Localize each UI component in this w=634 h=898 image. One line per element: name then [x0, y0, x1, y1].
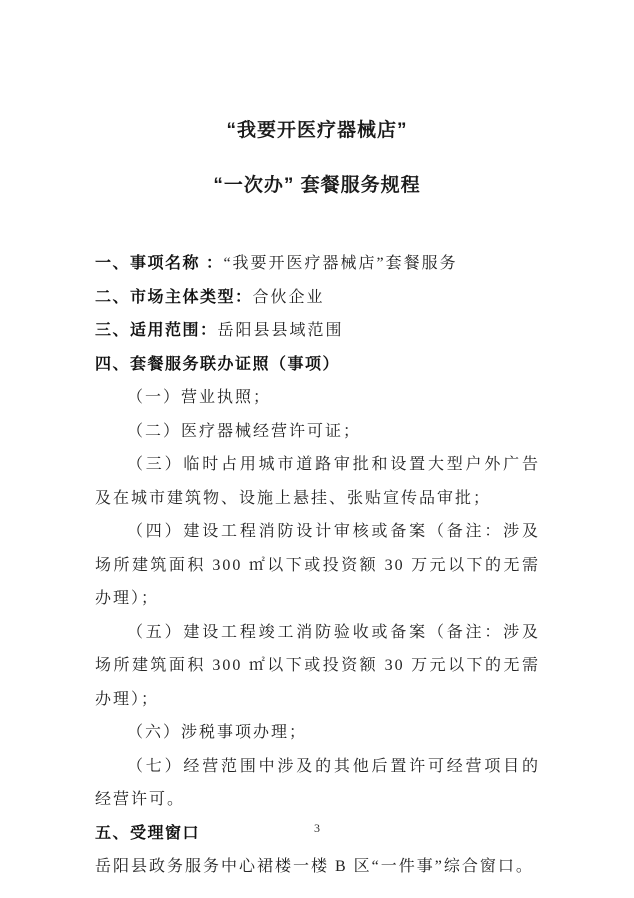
list-item-1: （一）营业执照； [95, 381, 540, 415]
section-3-line: 三、适用范围：岳阳县县域范围 [95, 314, 540, 348]
section-4-line: 四、套餐服务联办证照（事项） [95, 348, 540, 382]
doc-title-line1: “我要开医疗器械店” [0, 119, 634, 142]
section-2-label: 二、市场主体类型： [95, 289, 253, 306]
section-4-label: 四、套餐服务联办证照（事项） [95, 356, 340, 373]
list-item-3: （三）临时占用城市道路审批和设置大型户外广告及在城市建筑物、设施上悬挂、张贴宣传… [95, 448, 540, 515]
section-5-body: 岳阳县政务服务中心裙楼一楼 B 区“一件事”综合窗口。 [95, 850, 540, 884]
document-page: “我要开医疗器械店” “一次办” 套餐服务规程 一、事项名称 ：“我要开医疗器械… [0, 0, 634, 898]
section-2-line: 二、市场主体类型：合伙企业 [95, 281, 540, 315]
section-2-value: 合伙企业 [253, 289, 325, 306]
section-1-value: “我要开医疗器械店”套餐服务 [223, 255, 457, 272]
section-1-label: 一、事项名称 ： [95, 255, 223, 272]
list-item-6: （六）涉税事项办理； [95, 716, 540, 750]
list-item-7: （七）经营范围中涉及的其他后置许可经营项目的经营许可。 [95, 750, 540, 817]
page-number: 3 [0, 821, 634, 836]
list-item-4: （四）建设工程消防设计审核或备案（备注：涉及场所建筑面积 300 ㎡以下或投资额… [95, 515, 540, 616]
document-body: 一、事项名称 ：“我要开医疗器械店”套餐服务 二、市场主体类型：合伙企业 三、适… [0, 247, 634, 884]
list-item-2: （二）医疗器械经营许可证； [95, 415, 540, 449]
doc-title-line2: “一次办” 套餐服务规程 [0, 174, 634, 197]
document-title-block: “我要开医疗器械店” “一次办” 套餐服务规程 [0, 0, 634, 197]
list-item-5: （五）建设工程竣工消防验收或备案（备注：涉及场所建筑面积 300 ㎡以下或投资额… [95, 616, 540, 717]
section-1-line: 一、事项名称 ：“我要开医疗器械店”套餐服务 [95, 247, 540, 281]
section-3-value: 岳阳县县域范围 [218, 322, 344, 339]
section-3-label: 三、适用范围： [95, 322, 218, 339]
